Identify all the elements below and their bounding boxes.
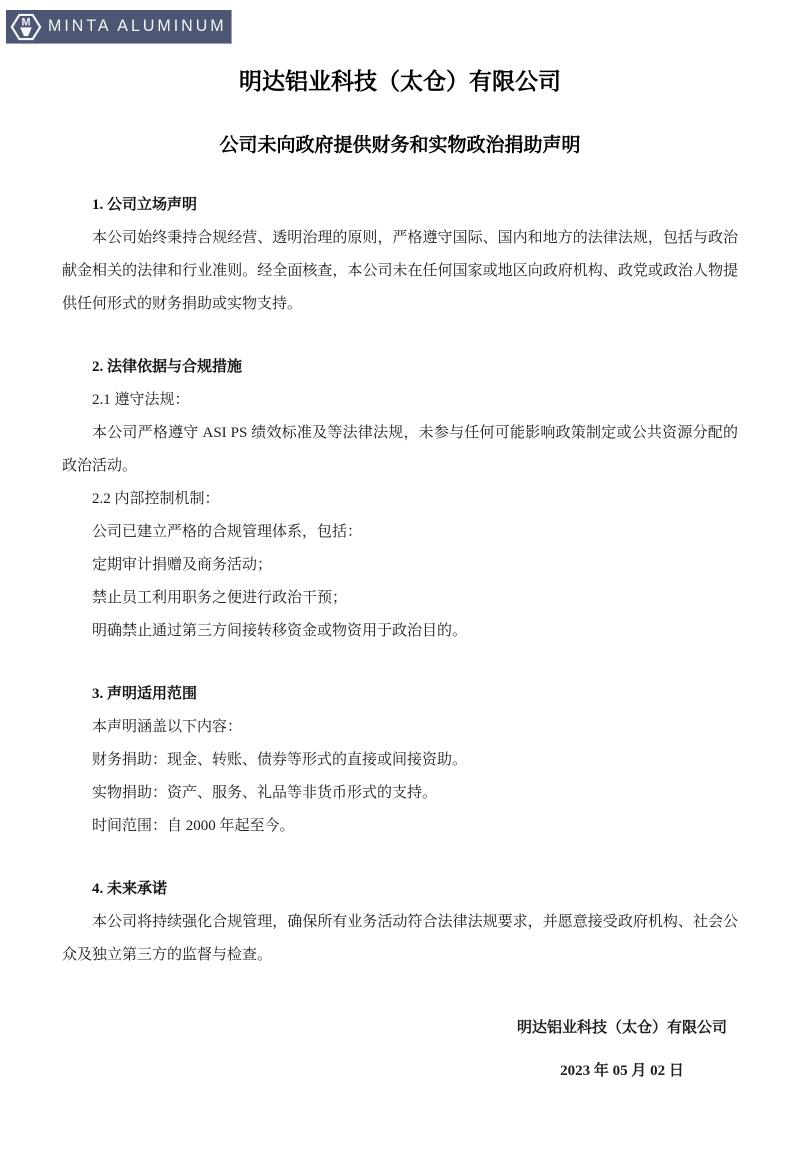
paragraph: 本声明涵盖以下内容： bbox=[62, 711, 738, 744]
svg-text:M: M bbox=[21, 16, 30, 28]
document-page: M MINTA ALUMINUM 明达铝业科技（太仓）有限公司 公司未向政府提供… bbox=[0, 0, 800, 1165]
hexagon-m-icon: M bbox=[9, 12, 43, 42]
paragraph: 本公司始终秉持合规经营、透明治理的原则，严格遵守国际、国内和地方的法律法规，包括… bbox=[62, 222, 738, 321]
paragraph: 财务捐助：现金、转账、债券等形式的直接或间接资助。 bbox=[62, 744, 738, 777]
document-title: 明达铝业科技（太仓）有限公司 bbox=[62, 67, 738, 97]
company-logo: M MINTA ALUMINUM bbox=[6, 10, 232, 44]
paragraph: 明确禁止通过第三方间接转移资金或物资用于政治目的。 bbox=[62, 615, 738, 648]
paragraph: 禁止员工利用职务之便进行政治干预； bbox=[62, 582, 738, 615]
section: 2. 法律依据与合规措施2.1 遵守法规：本公司严格遵守 ASI PS 绩效标准… bbox=[62, 351, 738, 648]
paragraph: 公司已建立严格的合规管理体系，包括： bbox=[62, 516, 738, 549]
section: 3. 声明适用范围本声明涵盖以下内容：财务捐助：现金、转账、债券等形式的直接或间… bbox=[62, 678, 738, 843]
paragraph: 2.2 内部控制机制： bbox=[62, 483, 738, 516]
paragraph: 本公司严格遵守 ASI PS 绩效标准及等法律法规，未参与任何可能影响政策制定或… bbox=[62, 417, 738, 483]
paragraph: 定期审计捐赠及商务活动； bbox=[62, 549, 738, 582]
signature-block: 明达铝业科技（太仓）有限公司 2023 年 05 月 02 日 bbox=[517, 1012, 727, 1088]
section-heading: 4. 未来承诺 bbox=[62, 873, 738, 906]
paragraph: 本公司将持续强化合规管理，确保所有业务活动符合法律法规要求，并愿意接受政府机构、… bbox=[62, 906, 738, 972]
section: 4. 未来承诺本公司将持续强化合规管理，确保所有业务活动符合法律法规要求，并愿意… bbox=[62, 873, 738, 972]
section-heading: 3. 声明适用范围 bbox=[62, 678, 738, 711]
document-subtitle: 公司未向政府提供财务和实物政治捐助声明 bbox=[62, 133, 738, 159]
section-heading: 2. 法律依据与合规措施 bbox=[62, 351, 738, 384]
signature-date: 2023 年 05 月 02 日 bbox=[560, 1055, 684, 1088]
brand-name: MINTA ALUMINUM bbox=[48, 17, 227, 36]
section: 1. 公司立场声明本公司始终秉持合规经营、透明治理的原则，严格遵守国际、国内和地… bbox=[62, 189, 738, 321]
sections: 1. 公司立场声明本公司始终秉持合规经营、透明治理的原则，严格遵守国际、国内和地… bbox=[62, 189, 738, 972]
paragraph: 2.1 遵守法规： bbox=[62, 384, 738, 417]
document-body: 明达铝业科技（太仓）有限公司 公司未向政府提供财务和实物政治捐助声明 1. 公司… bbox=[0, 0, 800, 1088]
section-heading: 1. 公司立场声明 bbox=[62, 189, 738, 222]
paragraph: 时间范围：自 2000 年起至今。 bbox=[62, 810, 738, 843]
signature-company: 明达铝业科技（太仓）有限公司 bbox=[517, 1012, 727, 1045]
paragraph: 实物捐助：资产、服务、礼品等非货币形式的支持。 bbox=[62, 777, 738, 810]
